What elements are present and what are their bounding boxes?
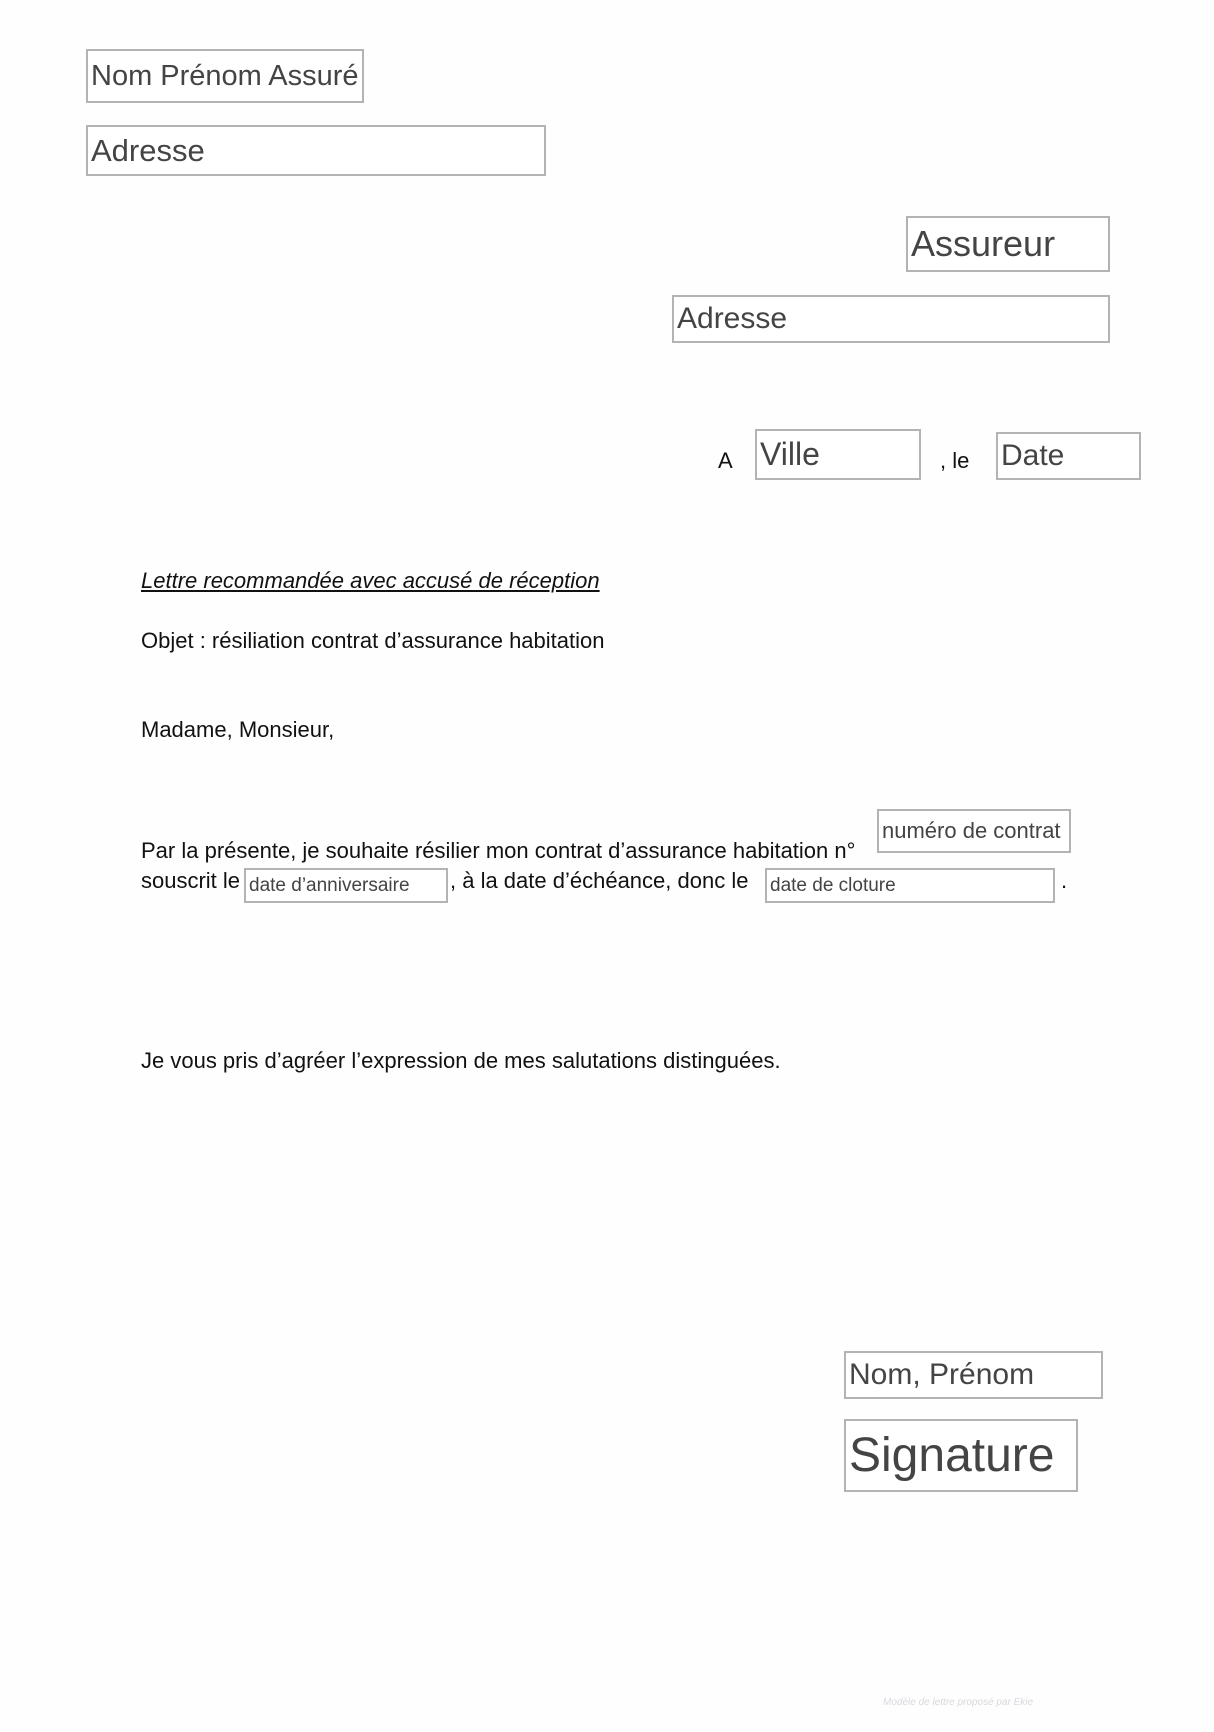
subject-line: Objet : résiliation contrat d’assurance … [141, 630, 604, 652]
date-separator: , le [940, 450, 969, 472]
signature-field[interactable]: Signature [844, 1419, 1078, 1492]
sender-name-placeholder: Nom Prénom Assuré [91, 60, 359, 93]
insurer-address-placeholder: Adresse [677, 302, 787, 336]
body-line-2-prefix: souscrit le [141, 870, 240, 892]
place-prefix: A [718, 450, 733, 472]
anniversary-date-placeholder: date d’anniversaire [249, 875, 410, 897]
insurer-name-field[interactable]: Assureur [906, 216, 1110, 272]
closing-formula: Je vous pris d’agréer l’expression de me… [141, 1050, 781, 1072]
sender-address-field[interactable]: Adresse [86, 125, 546, 176]
body-line-2-middle: , à la date d’échéance, donc le [450, 870, 748, 892]
greeting: Madame, Monsieur, [141, 719, 334, 741]
anniversary-date-field[interactable]: date d’anniversaire [244, 868, 448, 903]
registered-mail-mention: Lettre recommandée avec accusé de récept… [141, 570, 600, 592]
signatory-name-field[interactable]: Nom, Prénom [844, 1351, 1103, 1399]
date-placeholder: Date [1001, 439, 1064, 473]
closing-date-field[interactable]: date de cloture [765, 868, 1055, 903]
date-field[interactable]: Date [996, 432, 1141, 480]
closing-date-placeholder: date de cloture [770, 875, 896, 897]
city-placeholder: Ville [760, 436, 820, 473]
signatory-name-placeholder: Nom, Prénom [849, 1358, 1034, 1392]
sender-name-field[interactable]: Nom Prénom Assuré [86, 49, 364, 103]
body-line-2-end: . [1061, 870, 1067, 892]
body-line-1: Par la présente, je souhaite résilier mo… [141, 840, 855, 862]
contract-number-placeholder: numéro de contrat [882, 818, 1061, 844]
insurer-address-field[interactable]: Adresse [672, 295, 1110, 343]
signature-placeholder: Signature [849, 1428, 1054, 1483]
contract-number-field[interactable]: numéro de contrat [877, 809, 1071, 853]
footer-credit: Modèle de lettre proposé par Ekie [883, 1697, 1033, 1708]
sender-address-placeholder: Adresse [91, 133, 205, 169]
city-field[interactable]: Ville [755, 429, 921, 480]
insurer-name-placeholder: Assureur [911, 223, 1055, 265]
